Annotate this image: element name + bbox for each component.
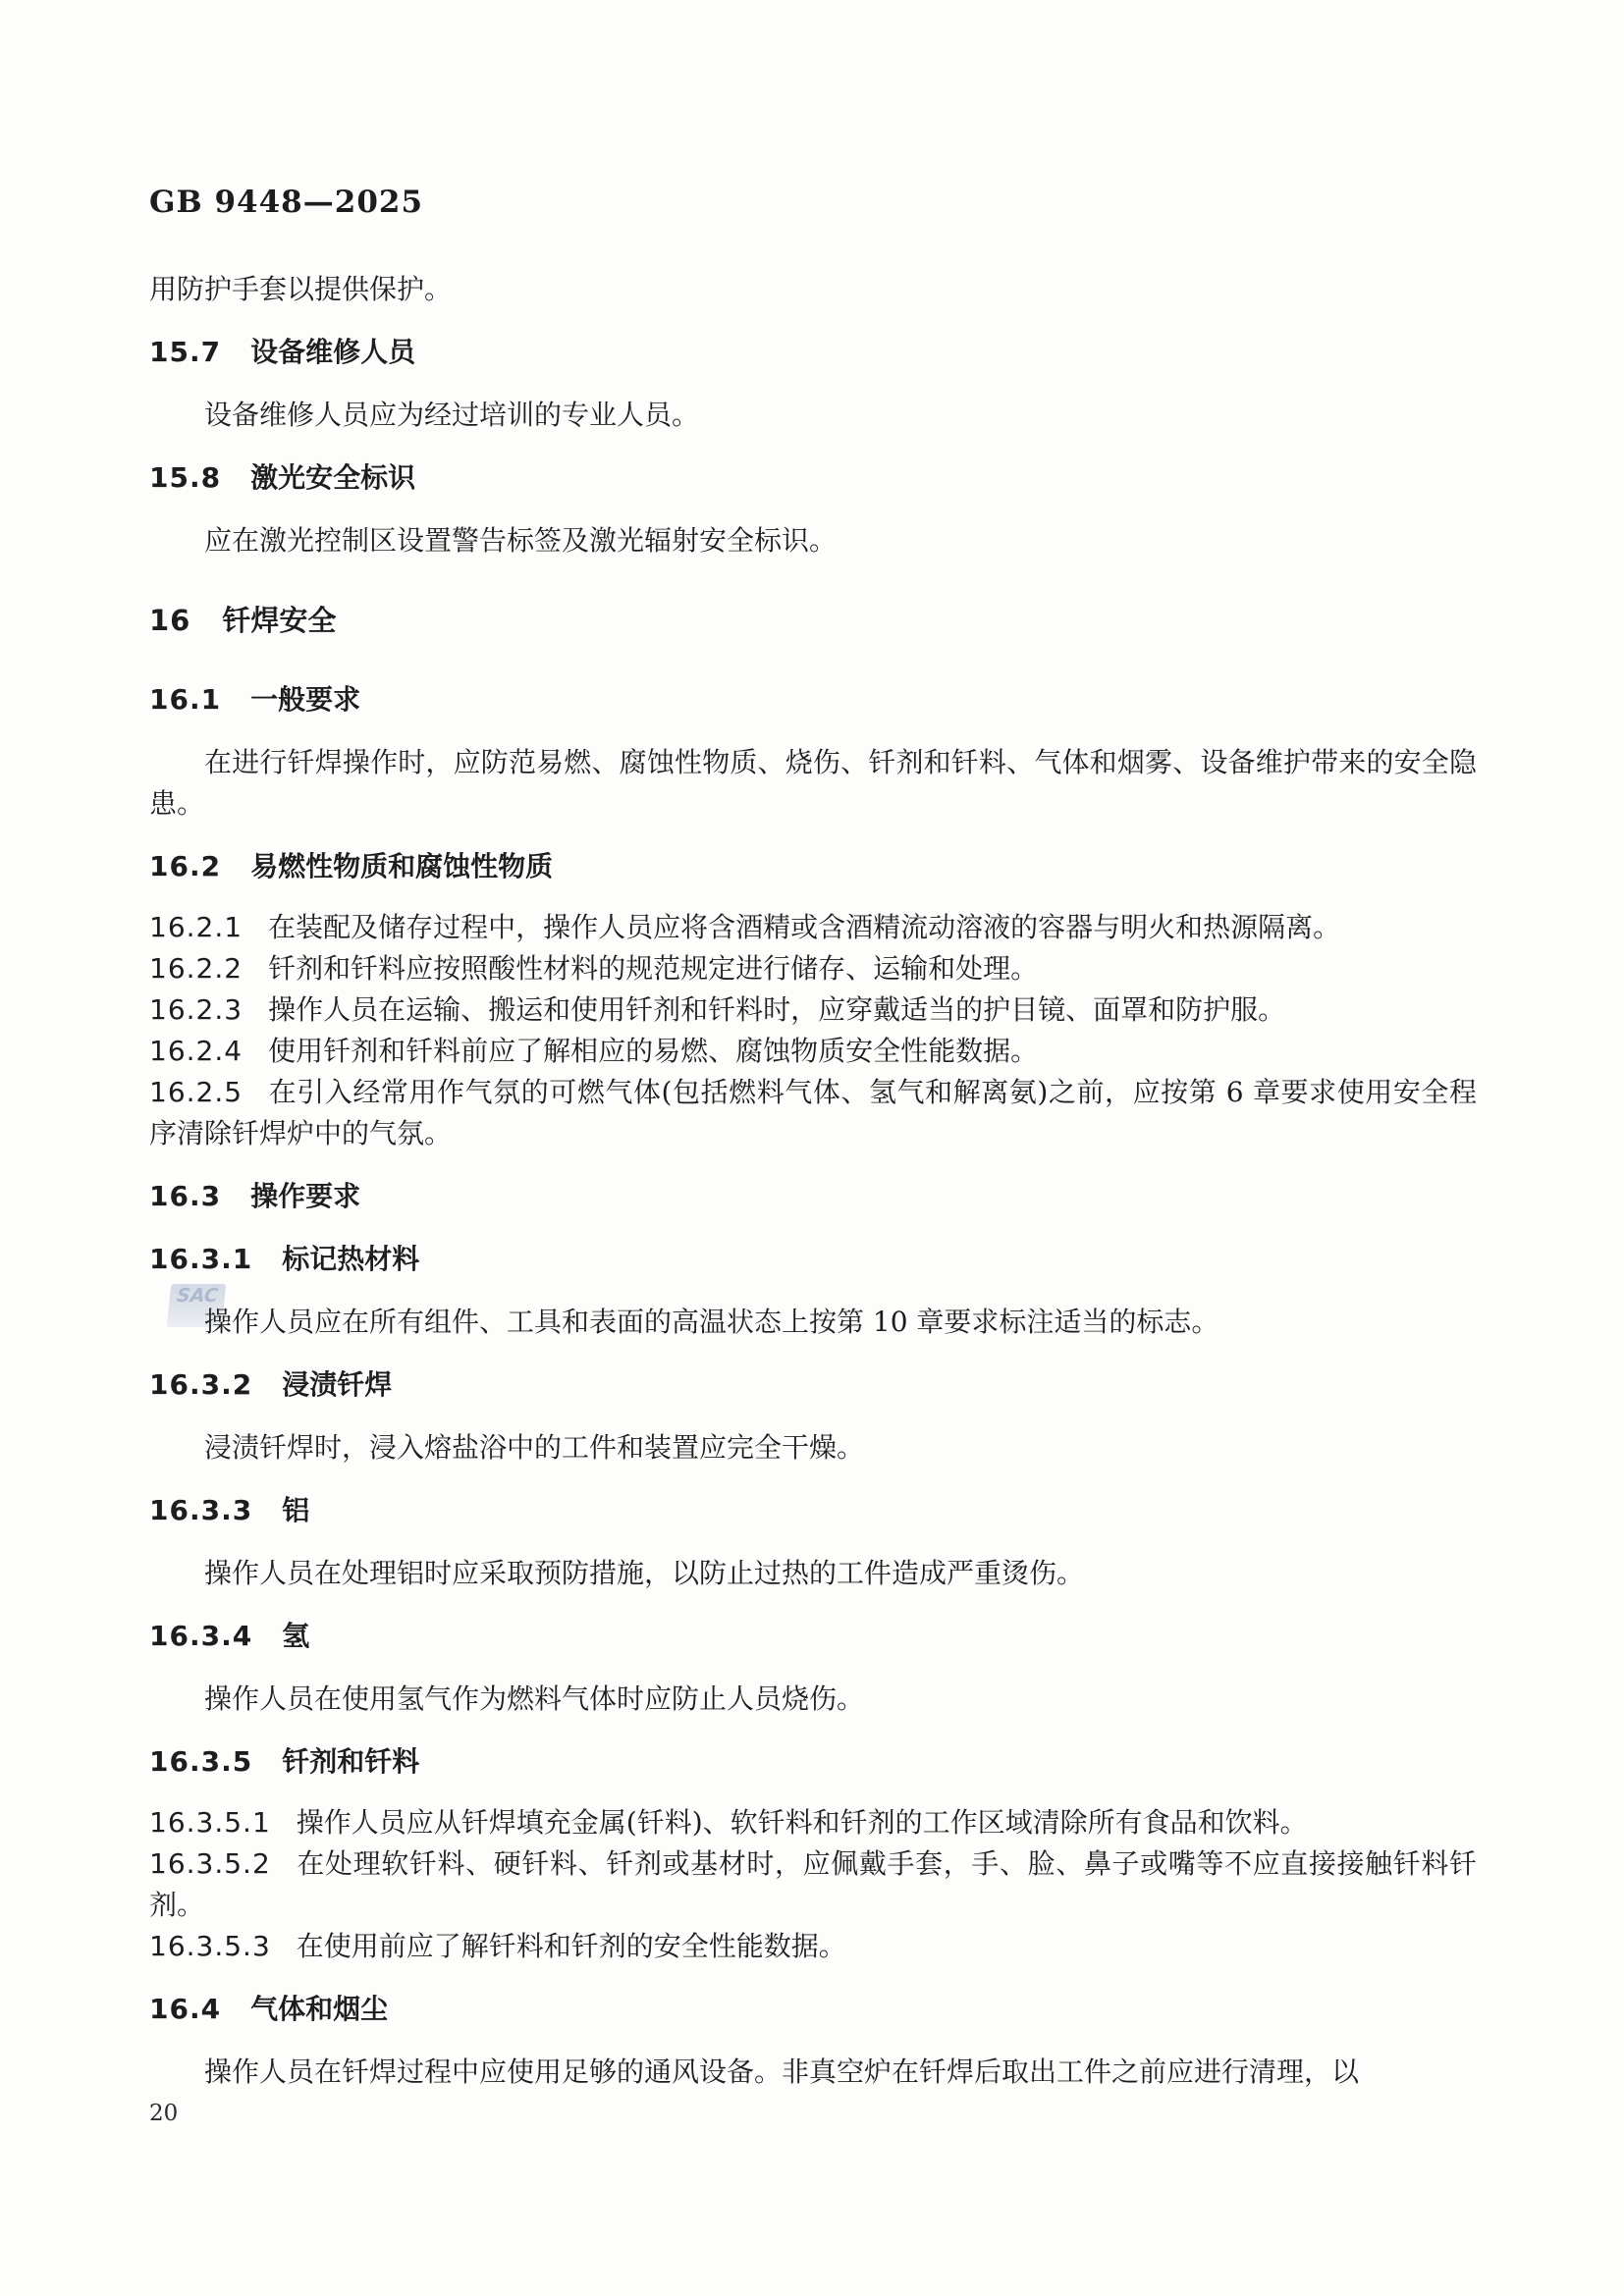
clause-number: 16.3.1 bbox=[149, 1243, 252, 1275]
section-heading-16.3.3: 16.3.3铝 bbox=[149, 1490, 1477, 1531]
clause-item-16.2.1: 16.2.1在装配及储存过程中，操作人员应将含酒精或含酒精流动溶液的容器与明火和… bbox=[149, 907, 1477, 948]
section-heading-16.3.5: 16.3.5钎剂和钎料 bbox=[149, 1741, 1477, 1783]
clause-item-16.2.4: 16.2.4使用钎剂和钎料前应了解相应的易燃、腐蚀物质安全性能数据。 bbox=[149, 1031, 1477, 1072]
section-heading-15.7: 15.7设备维修人员 bbox=[149, 332, 1477, 373]
clause-number: 16.3 bbox=[149, 1180, 221, 1212]
clause-number: 16 bbox=[149, 604, 190, 637]
body-paragraph: 浸渍钎焊时，浸入熔盐浴中的工件和装置应完全干燥。 bbox=[149, 1427, 1477, 1468]
clause-item-16.2.2: 16.2.2钎剂和钎料应按照酸性材料的规范规定进行储存、运输和处理。 bbox=[149, 948, 1477, 989]
clause-item-16.2.3: 16.2.3操作人员在运输、搬运和使用钎剂和钎料时，应穿戴适当的护目镜、面罩和防… bbox=[149, 989, 1477, 1031]
clause-number: 15.8 bbox=[149, 461, 221, 494]
clause-item-16.2.5: 16.2.5在引入经常用作气氛的可燃气体(包括燃料气体、氢气和解离氨)之前，应按… bbox=[149, 1072, 1477, 1154]
body-paragraph: 操作人员应在所有组件、工具和表面的高温状态上按第 10 章要求标注适当的标志。 bbox=[149, 1302, 1477, 1343]
section-heading-16.3.4: 16.3.4氢 bbox=[149, 1616, 1477, 1657]
clause-title: 钎剂和钎料 bbox=[282, 1745, 419, 1778]
page-content: GB 9448—2025 用防护手套以提供保护。15.7设备维修人员设备维修人员… bbox=[149, 181, 1477, 2130]
clause-number: 16.2 bbox=[149, 850, 221, 882]
clause-text: 操作人员在运输、搬运和使用钎剂和钎料时，应穿戴适当的护目镜、面罩和防护服。 bbox=[268, 993, 1285, 1026]
clause-number: 16.3.5.3 bbox=[149, 1930, 271, 1962]
clause-text: 在装配及储存过程中，操作人员应将含酒精或含酒精流动溶液的容器与明火和热源隔离。 bbox=[268, 911, 1340, 943]
clause-number: 16.3.4 bbox=[149, 1620, 252, 1652]
clause-text: 在处理软钎料、硬钎料、钎剂或基材时，应佩戴手套，手、脸、鼻子或嘴等不应直接接触钎… bbox=[149, 1847, 1477, 1921]
clause-title: 操作要求 bbox=[250, 1180, 360, 1212]
document-body: 用防护手套以提供保护。15.7设备维修人员设备维修人员应为经过培训的专业人员。1… bbox=[149, 269, 1477, 2093]
clause-number: 16.2.1 bbox=[149, 911, 243, 943]
section-heading-16.3: 16.3操作要求 bbox=[149, 1176, 1477, 1217]
clause-title: 铝 bbox=[282, 1494, 309, 1526]
clause-title: 钎焊安全 bbox=[222, 604, 336, 637]
clause-number: 16.3.5.1 bbox=[149, 1806, 271, 1839]
section-heading-16.2: 16.2易燃性物质和腐蚀性物质 bbox=[149, 846, 1477, 887]
clause-title: 设备维修人员 bbox=[250, 336, 415, 368]
clause-number: 16.4 bbox=[149, 1993, 221, 2025]
body-paragraph: 应在激光控制区设置警告标签及激光辐射安全标识。 bbox=[149, 520, 1477, 561]
clause-text: 钎剂和钎料应按照酸性材料的规范规定进行储存、运输和处理。 bbox=[268, 952, 1038, 985]
section-heading-16.3.2: 16.3.2浸渍钎焊 bbox=[149, 1364, 1477, 1406]
clause-title: 易燃性物质和腐蚀性物质 bbox=[250, 850, 553, 882]
section-heading-16.1: 16.1一般要求 bbox=[149, 679, 1477, 721]
clause-item-16.3.5.2: 16.3.5.2在处理软钎料、硬钎料、钎剂或基材时，应佩戴手套，手、脸、鼻子或嘴… bbox=[149, 1843, 1477, 1926]
clause-title: 氢 bbox=[282, 1620, 309, 1652]
clause-number: 16.2.3 bbox=[149, 993, 243, 1026]
clause-number: 16.2.2 bbox=[149, 952, 243, 985]
clause-text: 操作人员应从钎焊填充金属(钎料)、软钎料和钎剂的工作区域清除所有食品和饮料。 bbox=[297, 1806, 1308, 1839]
clause-number: 16.3.5 bbox=[149, 1745, 252, 1778]
clause-number: 15.7 bbox=[149, 336, 221, 368]
document-page: SAC GB 9448—2025 用防护手套以提供保护。15.7设备维修人员设备… bbox=[0, 0, 1624, 2296]
body-paragraph: 操作人员在钎焊过程中应使用足够的通风设备。非真空炉在钎焊后取出工件之前应进行清理… bbox=[149, 2052, 1477, 2093]
clause-number: 16.3.2 bbox=[149, 1368, 252, 1401]
continuation-paragraph: 用防护手套以提供保护。 bbox=[149, 269, 1477, 310]
clause-number: 16.1 bbox=[149, 683, 221, 716]
chapter-heading-16: 16钎焊安全 bbox=[149, 599, 1477, 642]
clause-text: 在引入经常用作气氛的可燃气体(包括燃料气体、氢气和解离氨)之前，应按第 6 章要… bbox=[149, 1076, 1477, 1149]
clause-number: 16.3.3 bbox=[149, 1494, 252, 1526]
clause-text: 在使用前应了解钎料和钎剂的安全性能数据。 bbox=[297, 1930, 846, 1962]
section-heading-15.8: 15.8激光安全标识 bbox=[149, 457, 1477, 499]
clause-text: 使用钎剂和钎料前应了解相应的易燃、腐蚀物质安全性能数据。 bbox=[268, 1035, 1038, 1067]
body-paragraph: 操作人员在处理铝时应采取预防措施，以防止过热的工件造成严重烫伤。 bbox=[149, 1553, 1477, 1594]
body-paragraph: 在进行钎焊操作时，应防范易燃、腐蚀性物质、烧伤、钎剂和钎料、气体和烟雾、设备维护… bbox=[149, 742, 1477, 825]
page-number: 20 bbox=[149, 2097, 1477, 2130]
section-heading-16.4: 16.4气体和烟尘 bbox=[149, 1989, 1477, 2030]
clause-number: 16.3.5.2 bbox=[149, 1847, 271, 1880]
clause-number: 16.2.4 bbox=[149, 1035, 243, 1067]
clause-title: 气体和烟尘 bbox=[250, 1993, 388, 2025]
clause-title: 标记热材料 bbox=[282, 1243, 419, 1275]
clause-number: 16.2.5 bbox=[149, 1076, 243, 1108]
clause-item-16.3.5.1: 16.3.5.1操作人员应从钎焊填充金属(钎料)、软钎料和钎剂的工作区域清除所有… bbox=[149, 1802, 1477, 1843]
clause-item-16.3.5.3: 16.3.5.3在使用前应了解钎料和钎剂的安全性能数据。 bbox=[149, 1926, 1477, 1967]
clause-title: 浸渍钎焊 bbox=[282, 1368, 392, 1401]
section-heading-16.3.1: 16.3.1标记热材料 bbox=[149, 1239, 1477, 1280]
standard-number-header: GB 9448—2025 bbox=[149, 181, 1477, 224]
body-paragraph: 设备维修人员应为经过培训的专业人员。 bbox=[149, 395, 1477, 436]
clause-title: 激光安全标识 bbox=[250, 461, 415, 494]
clause-title: 一般要求 bbox=[250, 683, 360, 716]
body-paragraph: 操作人员在使用氢气作为燃料气体时应防止人员烧伤。 bbox=[149, 1679, 1477, 1720]
